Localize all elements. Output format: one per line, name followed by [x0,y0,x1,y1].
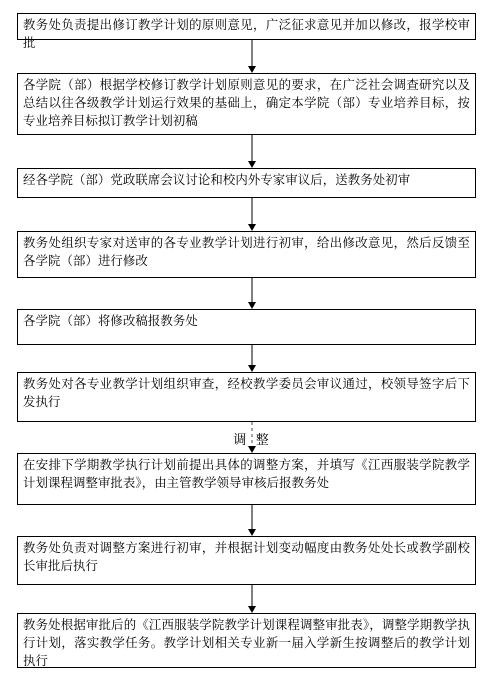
down-arrow-3 [247,198,256,231]
flow-step-5: 各学院（部）将修改稿报教务处 [17,309,476,345]
down-arrow-4 [247,278,256,309]
arrowhead-icon [248,224,256,231]
flow-step-7: 在安排下学期教学执行计划前提出具体的调整方案，并填写《江西服装学院教学计划课程调… [17,453,476,505]
flow-step-9: 教务处根据审批后的《江西服装学院教学计划课程调整审批表》，调整学期教学执行计划，… [17,613,476,668]
flow-step-4: 教务处组织专家对送审的各专业教学计划进行初审，给出修改意见，然后反馈至各学院（部… [17,231,476,278]
arrow-shaft [251,40,253,66]
down-arrow-2 [247,135,256,168]
down-arrow-1 [247,40,256,73]
flow-step-3: 经各学院（部）党政联席会议讨论和校内外专家审议后，送教务处初审 [17,168,476,198]
arrowhead-icon [248,606,256,613]
arrowhead-icon [248,365,256,372]
arrow-shaft [251,585,253,606]
flow-step-2: 各学院（部）根据学校修订教学计划原则意见的要求，在广泛社会调查研究以及总结以往各… [17,73,476,135]
arrow-shaft [251,135,253,161]
flow-step-8: 教务处负责对调整方案进行初审，并根据计划变动幅度由教务处处长或教学副校长审批后执… [17,536,476,585]
flowchart-canvas: 教务处负责提出修订教学计划的原则意见，广泛征求意见并加以修改，报学校审批 各学院… [0,0,493,675]
arrowhead-icon [248,161,256,168]
arrowhead-icon [248,302,256,309]
adjust-arrow-label: 调 整 [9,429,493,448]
down-arrow-7 [247,505,256,536]
flow-step-6: 教务处对各专业教学计划组织审查，经校教学委员会审议通过，校领导签字后下发执行 [17,372,476,422]
arrow-shaft [251,278,253,302]
arrow-shaft [251,198,253,224]
arrow-shaft [251,505,253,529]
arrowhead-icon [248,529,256,536]
flow-step-1: 教务处负责提出修订教学计划的原则意见，广泛征求意见并加以修改，报学校审批 [17,13,476,40]
arrowhead-icon [248,66,256,73]
down-arrow-5 [247,345,256,372]
arrow-shaft [251,345,253,365]
down-arrow-8 [247,585,256,613]
